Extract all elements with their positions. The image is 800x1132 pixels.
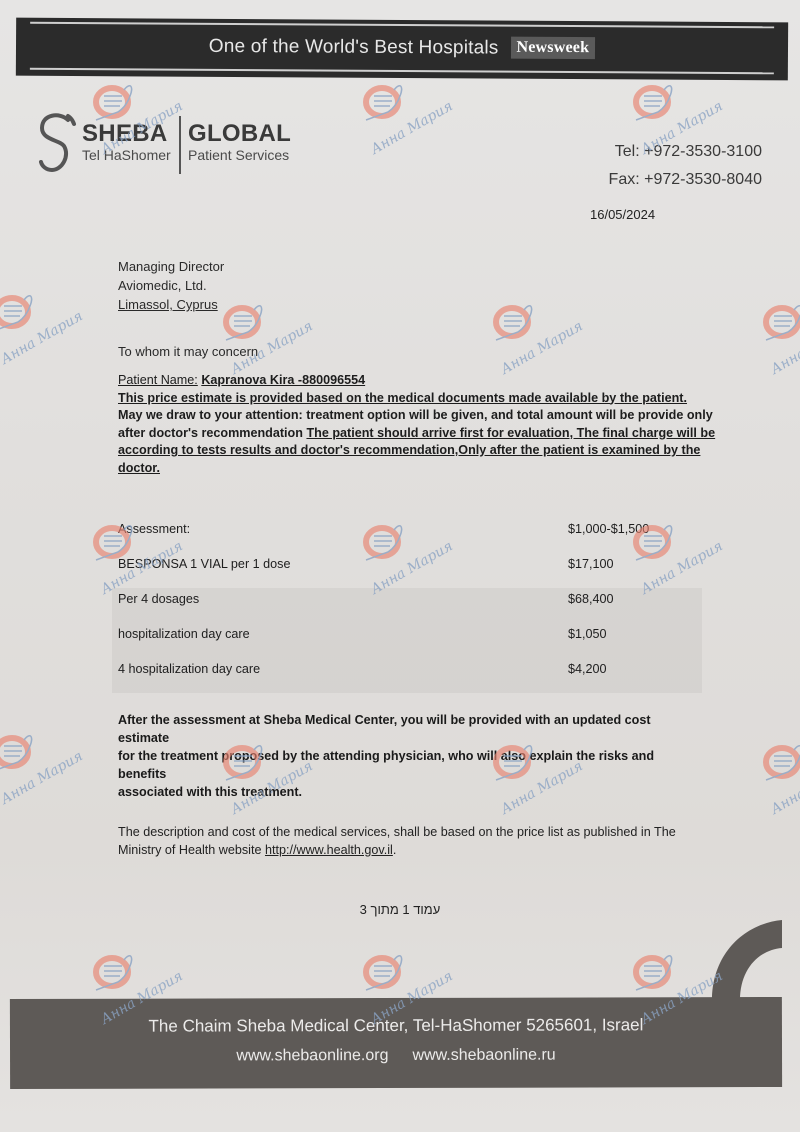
hand-logo-icon [630, 80, 680, 124]
hand-logo-icon [490, 300, 540, 344]
row-label: 4 hospitalization day care [118, 662, 260, 676]
logo-sheba: SHEBA [82, 120, 168, 148]
footer-url-ru[interactable]: www.shebaonline.ru [412, 1047, 555, 1064]
logo-divider [179, 116, 181, 174]
watermark-stamp: Анна Мария [760, 300, 800, 370]
table-row: Assessment: $1,000-$1,500 [112, 518, 702, 553]
footer-address: The Chaim Sheba Medical Center, Tel-HaSh… [10, 1015, 782, 1037]
note-line: After the assessment at Sheba Medical Ce… [118, 711, 678, 729]
watermark-signature: Анна Мария [368, 98, 455, 158]
hand-logo-icon [0, 290, 40, 334]
intro-paragraph: Patient Name: Kapranova Kira -880096554 … [118, 372, 718, 477]
table-row: Per 4 dosages $68,400 [112, 588, 702, 623]
note-line: associated with this treatment. [118, 783, 678, 801]
watermark-stamp: Анна Мария [0, 730, 70, 800]
watermark-signature: Анна Мария [498, 318, 585, 378]
tagline-text: One of the World's Best Hospitals [209, 36, 499, 59]
logo-global: GLOBAL [188, 120, 291, 148]
row-label: Assessment: [118, 522, 190, 536]
salutation: To whom it may concern [118, 344, 258, 359]
top-banner: One of the World's Best HospitalsNewswee… [16, 18, 788, 81]
watermark-stamp: Анна Мария [0, 290, 70, 360]
page-number: עמוד 1 מתוך 3 [0, 902, 800, 917]
pricing-description: The description and cost of the medical … [118, 823, 718, 859]
description-suffix: . [393, 843, 397, 857]
watermark-stamp: Анна Мария [760, 740, 800, 810]
hand-logo-icon [760, 300, 800, 344]
letter-date: 16/05/2024 [590, 207, 655, 222]
watermark-stamp: Анна Мария [220, 300, 300, 370]
hand-logo-icon [360, 950, 410, 994]
recipient-title: Managing Director [118, 259, 224, 274]
table-row: BESPONSA 1 VIAL per 1 dose $17,100 [112, 553, 702, 588]
contact-fax: Fax: +972-3530-8040 [609, 171, 762, 189]
health-ministry-link[interactable]: http://www.health.gov.il [265, 843, 393, 857]
banner-rule [30, 22, 774, 29]
contact-tel: Tel: +972-3530-3100 [615, 143, 762, 161]
description-text: The description and cost of the medical … [118, 825, 676, 857]
row-value: $4,200 [568, 662, 607, 676]
hand-logo-icon [0, 730, 40, 774]
hand-logo-icon [90, 950, 140, 994]
watermark-signature: Анна Мария [768, 758, 800, 818]
recipient-company: Aviomedic, Ltd. [118, 278, 207, 293]
note-line: benefits [118, 765, 678, 783]
patient-name: Kapranova Kira -880096554 [201, 373, 365, 387]
watermark-stamp: Анна Мария [630, 80, 710, 150]
footer-band: The Chaim Sheba Medical Center, Tel-HaSh… [10, 997, 782, 1089]
row-label: BESPONSA 1 VIAL per 1 dose [118, 557, 290, 571]
hand-logo-icon [360, 80, 410, 124]
table-row: 4 hospitalization day care $4,200 [112, 658, 702, 693]
watermark-stamp: Анна Мария [360, 80, 440, 150]
recipient-location: Limassol, Cyprus [118, 297, 218, 312]
hand-logo-icon [90, 80, 140, 124]
banner-rule [30, 68, 774, 75]
newsweek-badge: Newsweek [510, 37, 595, 60]
banner-tagline: One of the World's Best HospitalsNewswee… [16, 34, 788, 62]
watermark-signature: Анна Мария [0, 308, 86, 368]
note-line: estimate [118, 729, 678, 747]
price-table: Assessment: $1,000-$1,500 BESPONSA 1 VIA… [112, 518, 702, 693]
hand-logo-icon [220, 300, 270, 344]
watermark-signature: Анна Мария [768, 318, 800, 378]
watermark-stamp: Анна Мария [490, 300, 570, 370]
row-value: $17,100 [568, 557, 614, 571]
footer-urls: www.shebaonline.orgwww.shebaonline.ru [10, 1046, 782, 1066]
row-label: hospitalization day care [118, 627, 250, 641]
logo-patient-services: Patient Services [188, 147, 289, 163]
estimate-note: This price estimate is provided based on… [118, 391, 687, 405]
sheba-s-icon [38, 112, 78, 174]
note-line: for the treatment proposed by the attend… [118, 747, 678, 765]
document-page: One of the World's Best HospitalsNewswee… [0, 0, 800, 1132]
logo-tel-hashomer: Tel HaShomer [82, 147, 171, 163]
watermark-signature: Анна Мария [0, 748, 86, 808]
assessment-note: After the assessment at Sheba Medical Ce… [118, 711, 678, 801]
row-value: $68,400 [568, 592, 614, 606]
table-row: hospitalization day care $1,050 [112, 623, 702, 658]
footer-url-org[interactable]: www.shebaonline.org [236, 1047, 388, 1064]
row-label: Per 4 dosages [118, 592, 199, 606]
hand-logo-icon [760, 740, 800, 784]
row-value: $1,000-$1,500 [568, 522, 649, 536]
patient-label: Patient Name: [118, 373, 198, 387]
row-value: $1,050 [568, 627, 607, 641]
hand-logo-icon [630, 950, 680, 994]
